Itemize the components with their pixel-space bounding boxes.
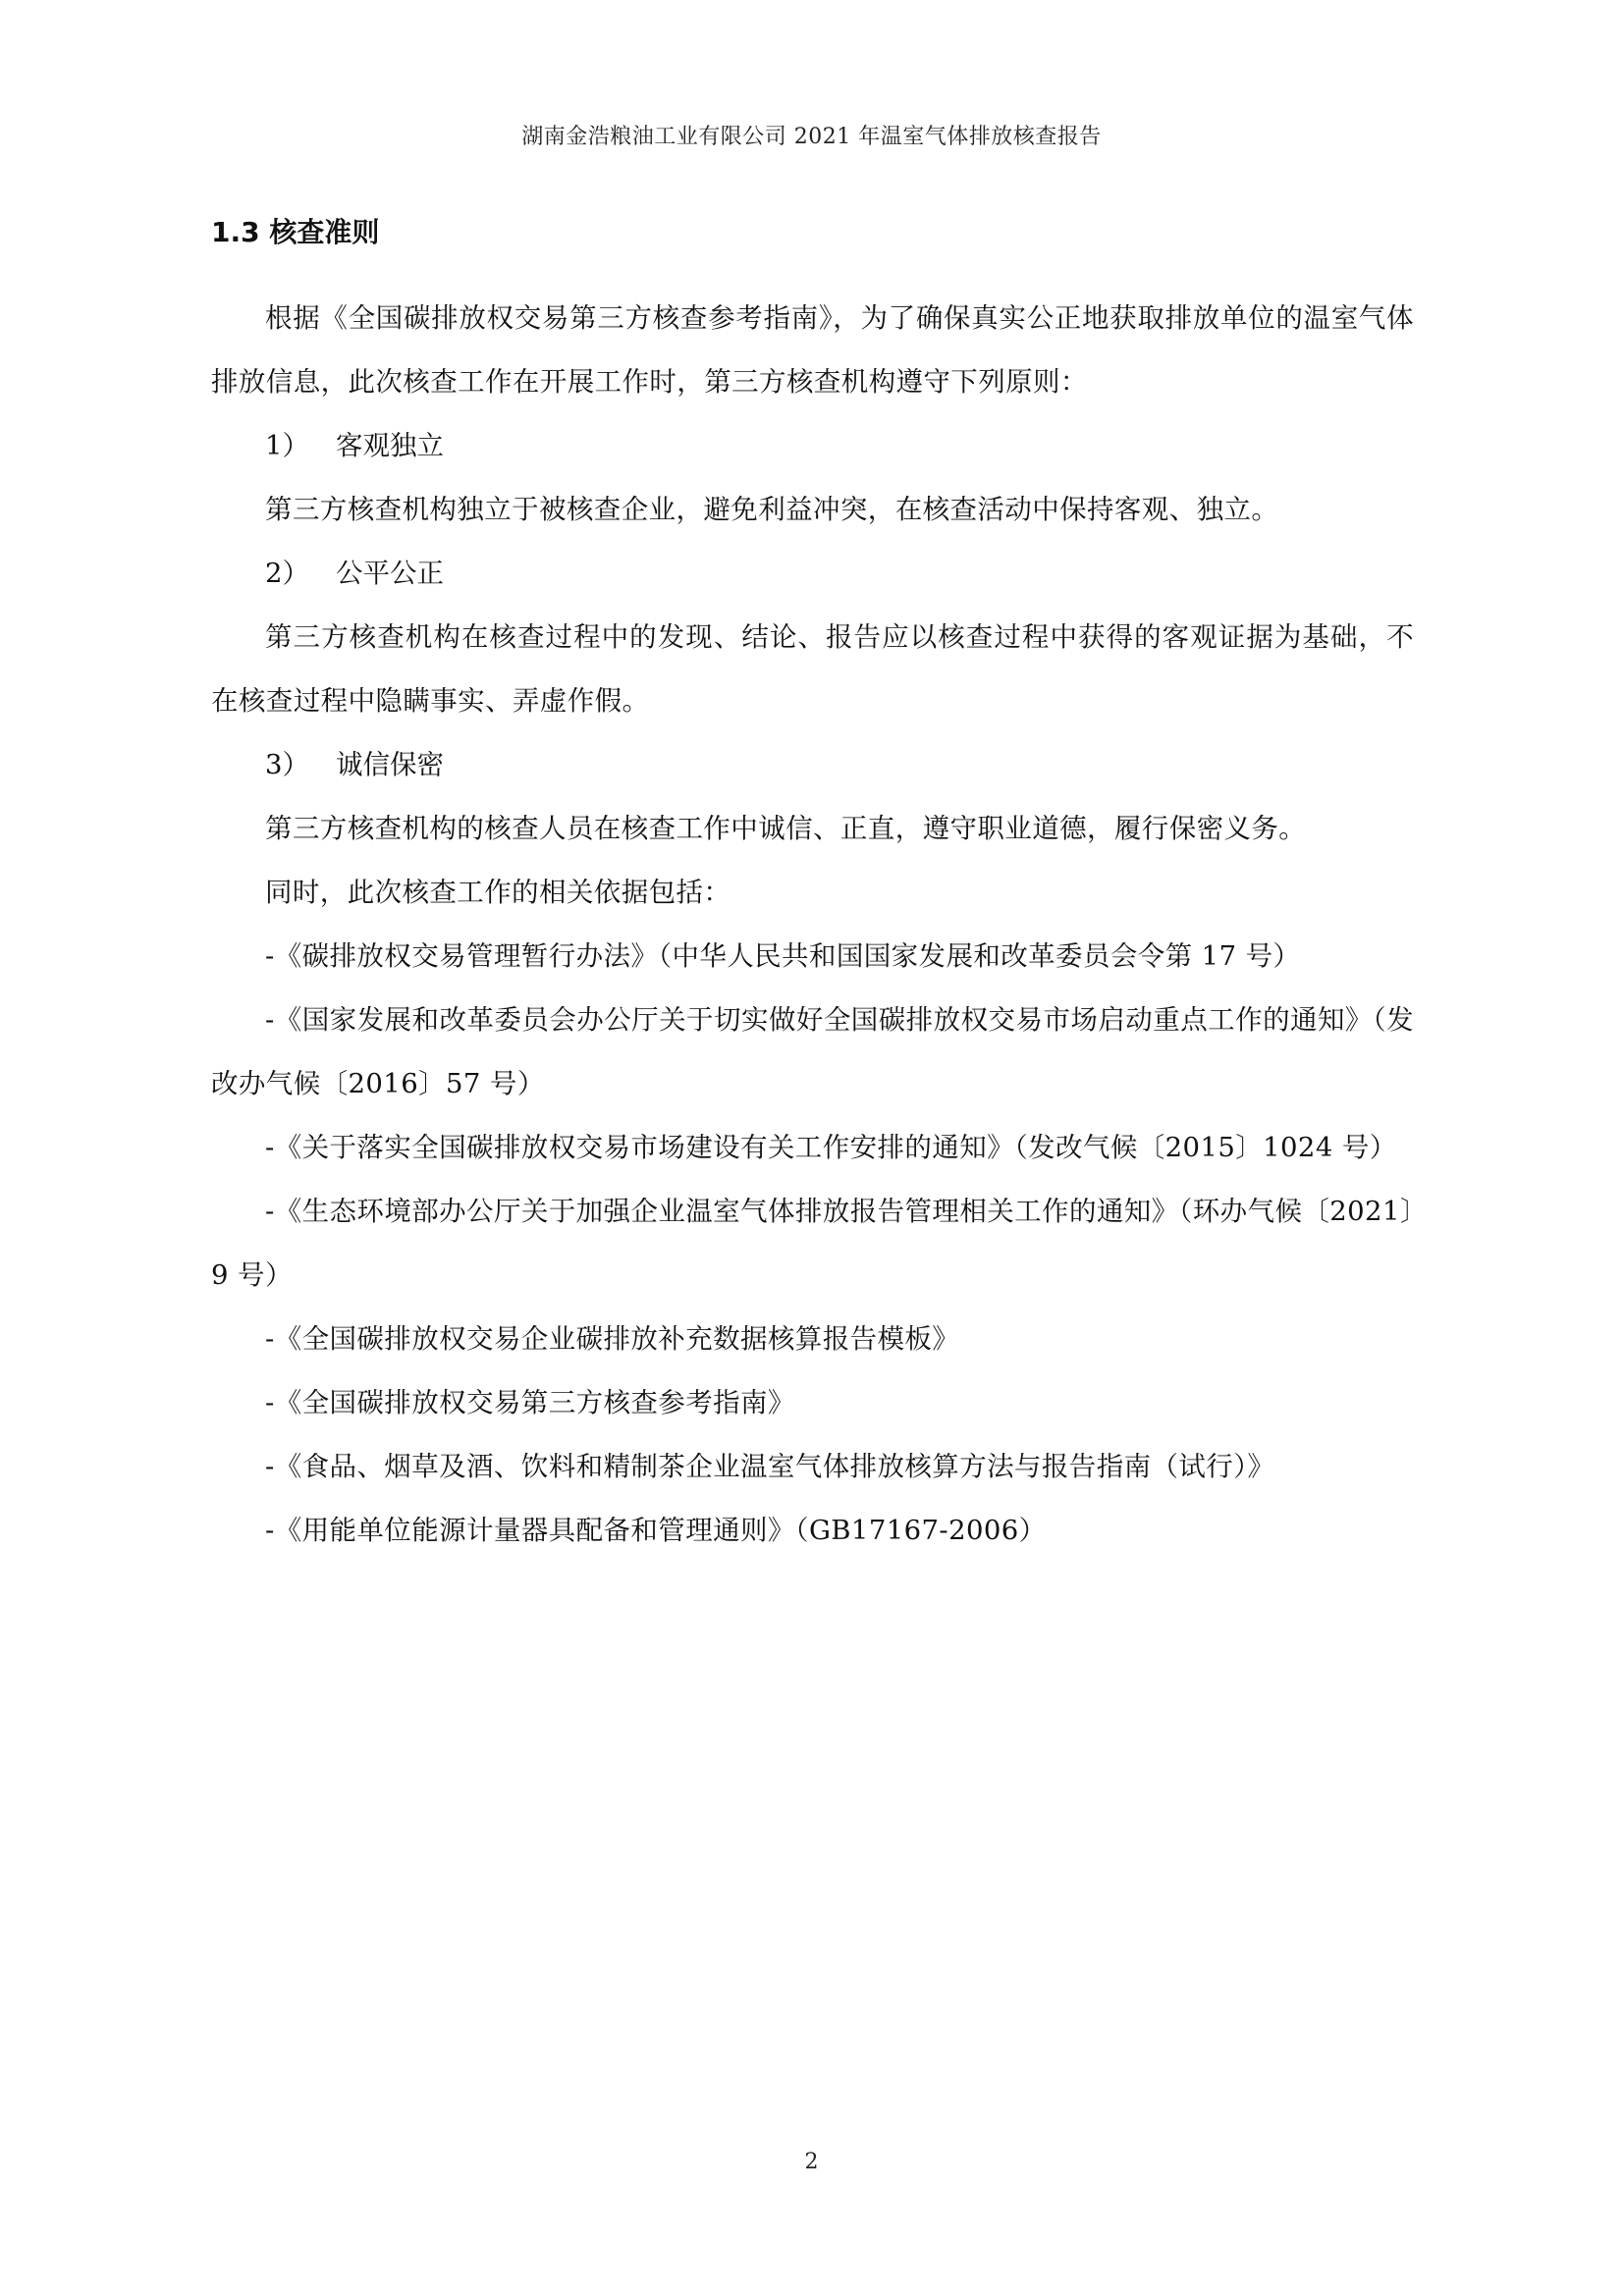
principle-text: 第三方核查机构独立于被核查企业，避免利益冲突，在核查活动中保持客观、独立。: [211, 478, 1414, 542]
basis-item: -《全国碳排放权交易第三方核查参考指南》: [211, 1371, 1414, 1435]
principle-heading: 3）诚信保密: [211, 733, 1414, 797]
basis-item: -《国家发展和改革委员会办公厅关于切实做好全国碳排放权交易市场启动重点工作的通知…: [211, 988, 1414, 1116]
basis-item: -《全国碳排放权交易企业碳排放补充数据核算报告模板》: [211, 1308, 1414, 1371]
basis-list: -《碳排放权交易管理暂行办法》（中华人民共和国国家发展和改革委员会令第 17 号…: [211, 925, 1414, 1563]
principle-heading: 1）客观独立: [211, 414, 1414, 478]
principle-title: 客观独立: [336, 430, 444, 461]
document-body: 1.3 核查准则 根据《全国碳排放权交易第三方核查参考指南》，为了确保真实公正地…: [211, 208, 1414, 1563]
principle-2: 2）公平公正 第三方核查机构在核查过程中的发现、结论、报告应以核查过程中获得的客…: [211, 542, 1414, 733]
principle-text: 第三方核查机构的核查人员在核查工作中诚信、正直，遵守职业道德，履行保密义务。: [211, 797, 1414, 861]
principle-number: 2）: [265, 542, 336, 606]
basis-item: -《生态环境部办公厅关于加强企业温室气体排放报告管理相关工作的通知》（环办气候〔…: [211, 1180, 1414, 1308]
basis-item: -《食品、烟草及酒、饮料和精制茶企业温室气体排放核算方法与报告指南（试行）》: [211, 1435, 1414, 1499]
page-number: 2: [0, 2150, 1623, 2174]
basis-item: -《碳排放权交易管理暂行办法》（中华人民共和国国家发展和改革委员会令第 17 号…: [211, 925, 1414, 988]
principle-number: 1）: [265, 414, 336, 478]
principle-text: 第三方核查机构在核查过程中的发现、结论、报告应以核查过程中获得的客观证据为基础，…: [211, 606, 1414, 733]
page-header: 湖南金浩粮油工业有限公司 2021 年温室气体排放核查报告: [0, 120, 1623, 150]
basis-intro: 同时，此次核查工作的相关依据包括：: [211, 861, 1414, 925]
principle-number: 3）: [265, 733, 336, 797]
principle-heading: 2）公平公正: [211, 542, 1414, 606]
basis-item: -《用能单位能源计量器具配备和管理通则》（GB17167-2006）: [211, 1499, 1414, 1563]
intro-paragraph: 根据《全国碳排放权交易第三方核查参考指南》，为了确保真实公正地获取排放单位的温室…: [211, 287, 1414, 414]
principle-3: 3）诚信保密 第三方核查机构的核查人员在核查工作中诚信、正直，遵守职业道德，履行…: [211, 733, 1414, 861]
principle-title: 诚信保密: [336, 749, 444, 780]
principle-title: 公平公正: [336, 558, 444, 589]
basis-item: -《关于落实全国碳排放权交易市场建设有关工作安排的通知》（发改气候〔2015〕1…: [211, 1116, 1414, 1180]
principle-1: 1）客观独立 第三方核查机构独立于被核查企业，避免利益冲突，在核查活动中保持客观…: [211, 414, 1414, 542]
section-title: 1.3 核查准则: [211, 208, 1414, 257]
